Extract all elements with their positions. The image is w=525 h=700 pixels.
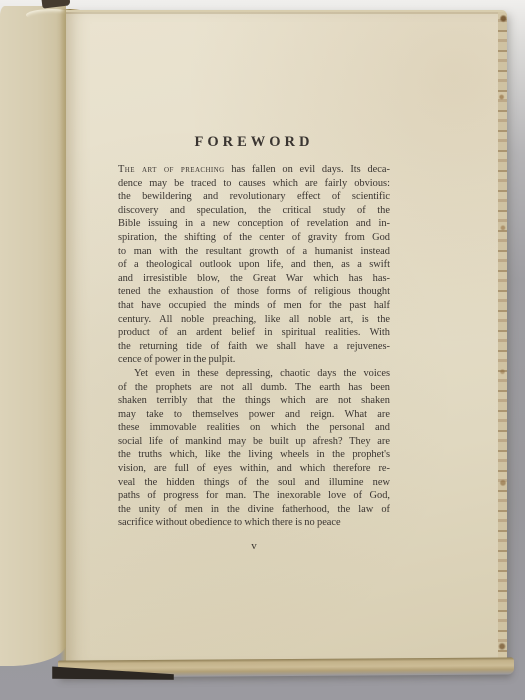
text-line: Yet even in these depressing, chaotic da… — [118, 367, 390, 381]
text-line: discovery and speculation, the critical … — [118, 204, 390, 218]
text-line: paths of progress for man. The inexorabl… — [118, 489, 390, 503]
text-line: dence may be traced to causes which are … — [118, 177, 390, 191]
text-line: and irresistible blow, the Great War whi… — [118, 272, 390, 286]
text-line: The art of preaching has fallen on evil … — [118, 163, 390, 177]
text-block: The art of preaching has fallen on evil … — [118, 163, 390, 530]
facing-page-edge — [0, 6, 66, 666]
text-line: cence of power in the pulpit. — [118, 353, 390, 367]
text-line: of a theological outlook upon life, and … — [118, 258, 390, 272]
text-line: veal the hidden things of the soul and i… — [118, 476, 390, 490]
deckle-fore-edge — [498, 12, 507, 666]
text-line: vision, are full of eyes within, and whi… — [118, 462, 390, 476]
paragraph: The art of preaching has fallen on evil … — [118, 163, 390, 367]
text-line: these immovable realities on which the p… — [118, 421, 390, 435]
text-line: shaken terribly that the things which ar… — [118, 394, 390, 408]
small-caps-lead: The art of preaching — [118, 164, 225, 175]
text-line: sacrifice without obedience to which the… — [118, 516, 390, 530]
text-line: Bible issuing in a new conception of rev… — [118, 217, 390, 231]
page-heading: FOREWORD — [118, 134, 390, 151]
text-line: to man with the resultant growth of a hu… — [118, 245, 390, 259]
text-line: the bewildering and revolutionary effect… — [118, 190, 390, 204]
paragraph: Yet even in these depressing, chaotic da… — [118, 367, 390, 530]
text-line: may take to themselves power and reign. … — [118, 408, 390, 422]
text-line: century. All noble preaching, like all n… — [118, 313, 390, 327]
page-number: v — [118, 540, 390, 552]
book-photo-backdrop: FOREWORD The art of preaching has fallen… — [0, 0, 525, 700]
text-line: the unity of men in the divine fatherhoo… — [118, 503, 390, 517]
text-line: tened the exhaustion of those forms of r… — [118, 285, 390, 299]
text-line: product of an ardent belief in spiritual… — [118, 326, 390, 340]
page-surface: FOREWORD The art of preaching has fallen… — [66, 12, 507, 666]
book-page: FOREWORD The art of preaching has fallen… — [66, 10, 507, 666]
text-line: that have occupied the minds of men for … — [118, 299, 390, 313]
text-line: spiration, the shifting of the center of… — [118, 231, 390, 245]
text-line: the returning tide of faith we shall hav… — [118, 340, 390, 354]
text-line: the truths which, like the living wheels… — [118, 448, 390, 462]
text-line: social life of mankind may be built up a… — [118, 435, 390, 449]
text-line: of the prophets are not all dumb. The ea… — [118, 381, 390, 395]
